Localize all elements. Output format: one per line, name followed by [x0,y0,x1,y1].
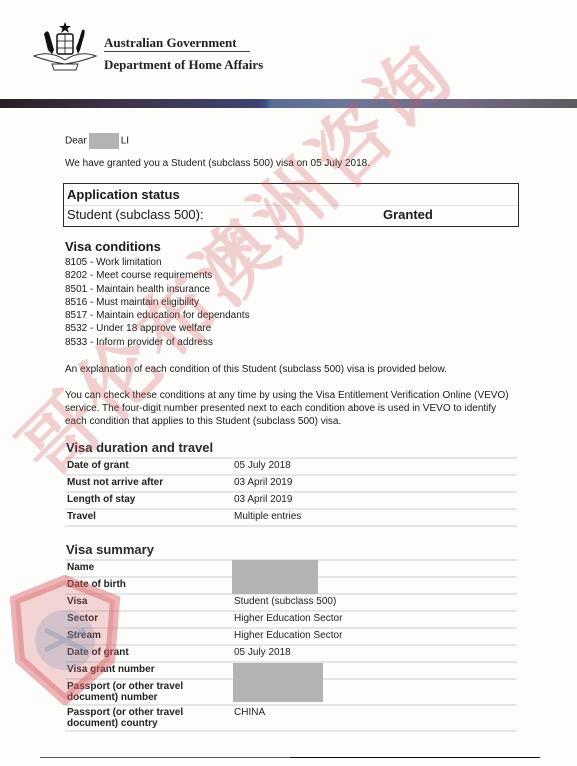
header-band [0,99,577,108]
row-label: Sector [65,611,232,628]
table-row: Must not arrive after03 April 2019 [65,475,517,492]
row-value: Higher Education Sector [232,628,517,645]
footer-rule-left [40,757,290,758]
greeting: DearLI [65,133,129,149]
row-label: Must not arrive after [65,475,232,492]
application-status-title: Application status [67,187,180,202]
table-row: Length of stay03 April 2019 [65,492,517,509]
coat-of-arms-icon [30,20,100,72]
row-label: Date of grant [65,458,232,475]
condition-code: 8105 [65,257,87,268]
grant-intro: We have granted you a Student (subclass … [65,158,370,169]
table-row: Date of grant05 July 2018 [65,458,517,475]
row-value: Student (subclass 500) [232,594,517,611]
condition-code: 8202 [65,270,87,281]
condition-label: - Work limitation [87,257,161,268]
table-row: SectorHigher Education Sector [65,611,517,628]
visa-conditions-list: 8105 - Work limitation8202 - Meet course… [65,256,250,349]
condition-item: 8501 - Maintain health insurance [65,283,250,296]
visa-duration-table: Date of grant05 July 2018Must not arrive… [65,457,517,527]
condition-code: 8517 [65,310,87,321]
row-value: CHINA [232,705,517,731]
row-value: 05 July 2018 [232,458,517,475]
table-row: TravelMultiple entries [65,509,517,526]
conditions-explanation: An explanation of each condition of this… [65,364,447,375]
redacted-given-name [89,133,119,149]
condition-code: 8516 [65,297,87,308]
condition-item: 8532 - Under 18 approve welfare [65,322,250,335]
table-row: StreamHigher Education Sector [65,628,517,645]
table-row: Date of grant05 July 2018 [65,645,517,662]
condition-code: 8533 [65,337,87,348]
row-label: Stream [65,628,232,645]
condition-item: 8516 - Must maintain eligibility [65,296,250,309]
row-label: Visa [65,594,232,611]
surname: LI [121,136,129,147]
application-status-box: Application status Student (subclass 500… [63,183,519,227]
row-value: Multiple entries [232,509,517,526]
row-label: Date of birth [65,577,232,594]
condition-item: 8105 - Work limitation [65,256,250,269]
row-value: Higher Education Sector [232,611,517,628]
row-value: 03 April 2019 [232,492,517,509]
org-line-1: Australian Government [104,35,237,51]
status-visa-label: Student (subclass 500): [67,207,204,222]
redacted-grant-passport-number [233,663,323,702]
org-divider [104,51,250,52]
row-label: Date of grant [65,645,232,662]
vevo-note: You can check these conditions at any ti… [65,389,515,428]
condition-label: - Must maintain eligibility [87,297,199,308]
row-label: Length of stay [65,492,232,509]
org-line-2: Department of Home Affairs [104,57,263,73]
condition-label: - Maintain health insurance [87,284,210,295]
condition-label: - Meet course requirements [87,270,212,281]
row-label: Passport (or other travel document) coun… [65,705,232,731]
letterhead: Australian Government Department of Home… [0,0,577,96]
visa-conditions-title: Visa conditions [65,239,161,254]
condition-label: - Inform provider of address [87,337,213,348]
salutation: Dear [65,136,87,147]
condition-label: - Maintain education for dependants [87,310,249,321]
condition-item: 8517 - Maintain education for dependants [65,309,250,322]
row-value: 03 April 2019 [232,475,517,492]
status-divider [64,205,518,206]
table-row: Passport (or other travel document) coun… [65,705,517,731]
table-row: VisaStudent (subclass 500) [65,594,517,611]
redacted-name-dob [232,560,318,594]
condition-code: 8501 [65,284,87,295]
status-badge: Granted [383,207,433,222]
condition-item: 8202 - Meet course requirements [65,269,250,282]
condition-label: - Under 18 approve welfare [87,323,211,334]
row-label: Visa grant number [65,662,232,679]
condition-code: 8532 [65,323,87,334]
row-label: Travel [65,509,232,526]
row-label: Name [65,560,232,577]
row-label: Passport (or other travel document) numb… [65,679,232,705]
visa-duration-title: Visa duration and travel [66,440,213,455]
condition-item: 8533 - Inform provider of address [65,336,250,349]
visa-summary-title: Visa summary [66,542,154,557]
row-value: 05 July 2018 [232,645,517,662]
